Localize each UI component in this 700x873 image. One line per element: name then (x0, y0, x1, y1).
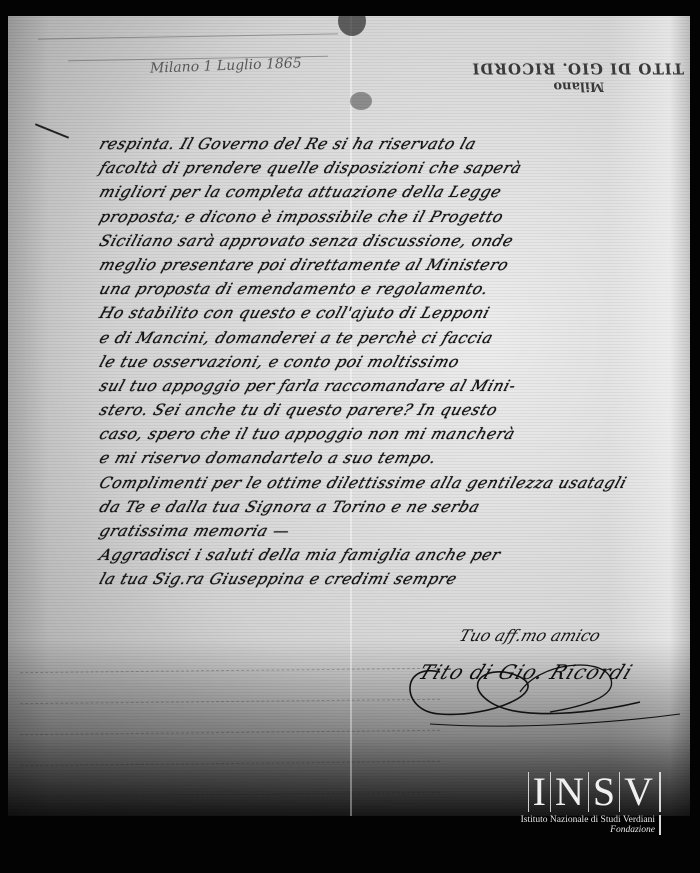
letter-line: meglio presentare poi direttamente al Mi… (96, 253, 694, 277)
letter-line: e di Mancini, domanderei a te perchè ci … (96, 326, 694, 350)
letter-line: Ho stabilito con questo e coll'ajuto di … (96, 301, 694, 325)
faint-line (20, 669, 440, 704)
faint-line (20, 762, 440, 797)
letter-closing: Tuo aff.mo amico (457, 626, 603, 645)
letter-line: una proposta di emendamento e regolament… (96, 277, 694, 301)
scan-frame: Milano TITO DI GIO. RICORDI Milano 1 Lug… (0, 0, 700, 873)
letter-line: le tue osservazioni, e conto poi moltiss… (96, 350, 694, 374)
letter-line: Siciliano sarà approvato senza discussio… (96, 229, 694, 253)
logo-letter: I (528, 772, 550, 812)
stamp-city: Milano (472, 78, 685, 94)
institution-name: Istituto Nazionale di Studi Verdiani (513, 815, 661, 825)
signature: Tito di Gio. Ricordi (400, 652, 690, 722)
signature-text: Tito di Gio. Ricordi (415, 660, 637, 684)
logo-letter: S (588, 772, 619, 812)
bleed-through-text (20, 640, 440, 795)
logo-letter: V (619, 772, 657, 812)
bleed-through-line (38, 33, 338, 39)
insv-logo: INSV (513, 772, 661, 812)
faint-line (20, 731, 440, 766)
paper-tear (338, 16, 366, 36)
letter-body: respinta. Il Governo del Re si ha riserv… (100, 132, 690, 592)
letter-line: migliori per la completa attuazione dell… (96, 180, 694, 204)
letter-line: stero. Sei anche tu di questo parere? In… (96, 398, 694, 422)
faint-line (20, 700, 440, 735)
letter-line: gratissima memoria — (96, 519, 694, 543)
letter-line: la tua Sig.ra Giuseppina e credimi sempr… (96, 567, 694, 591)
stamp-name: TITO DI GIO. RICORDI (471, 60, 685, 78)
letter-line: caso, spero che il tuo appoggio non mi m… (96, 422, 694, 446)
letter-line: da Te e dalla tua Signora a Torino e ne … (96, 495, 694, 519)
ricordi-stamp: Milano TITO DI GIO. RICORDI (471, 60, 686, 94)
letter-line: facoltà di prendere quelle disposizioni … (96, 156, 694, 180)
insv-watermark: INSV Istituto Nazionale di Studi Verdian… (513, 772, 661, 835)
letter-line: proposta; e dicono è impossibile che il … (96, 205, 694, 229)
logo-letter: N (550, 772, 588, 812)
letter-line: Complimenti per le ottime dilettissime a… (96, 471, 694, 495)
letter-line: e mi riservo domandartelo a suo tempo. (96, 446, 694, 470)
ink-blot (350, 92, 372, 110)
letter-line: Aggradisci i saluti della mia famiglia a… (96, 543, 694, 567)
faint-line (20, 638, 440, 673)
letter-line: respinta. Il Governo del Re si ha riserv… (96, 132, 694, 156)
institution-subtitle: Fondazione (513, 825, 661, 835)
letter-line: sul tuo appoggio per farla raccomandare … (96, 374, 694, 398)
